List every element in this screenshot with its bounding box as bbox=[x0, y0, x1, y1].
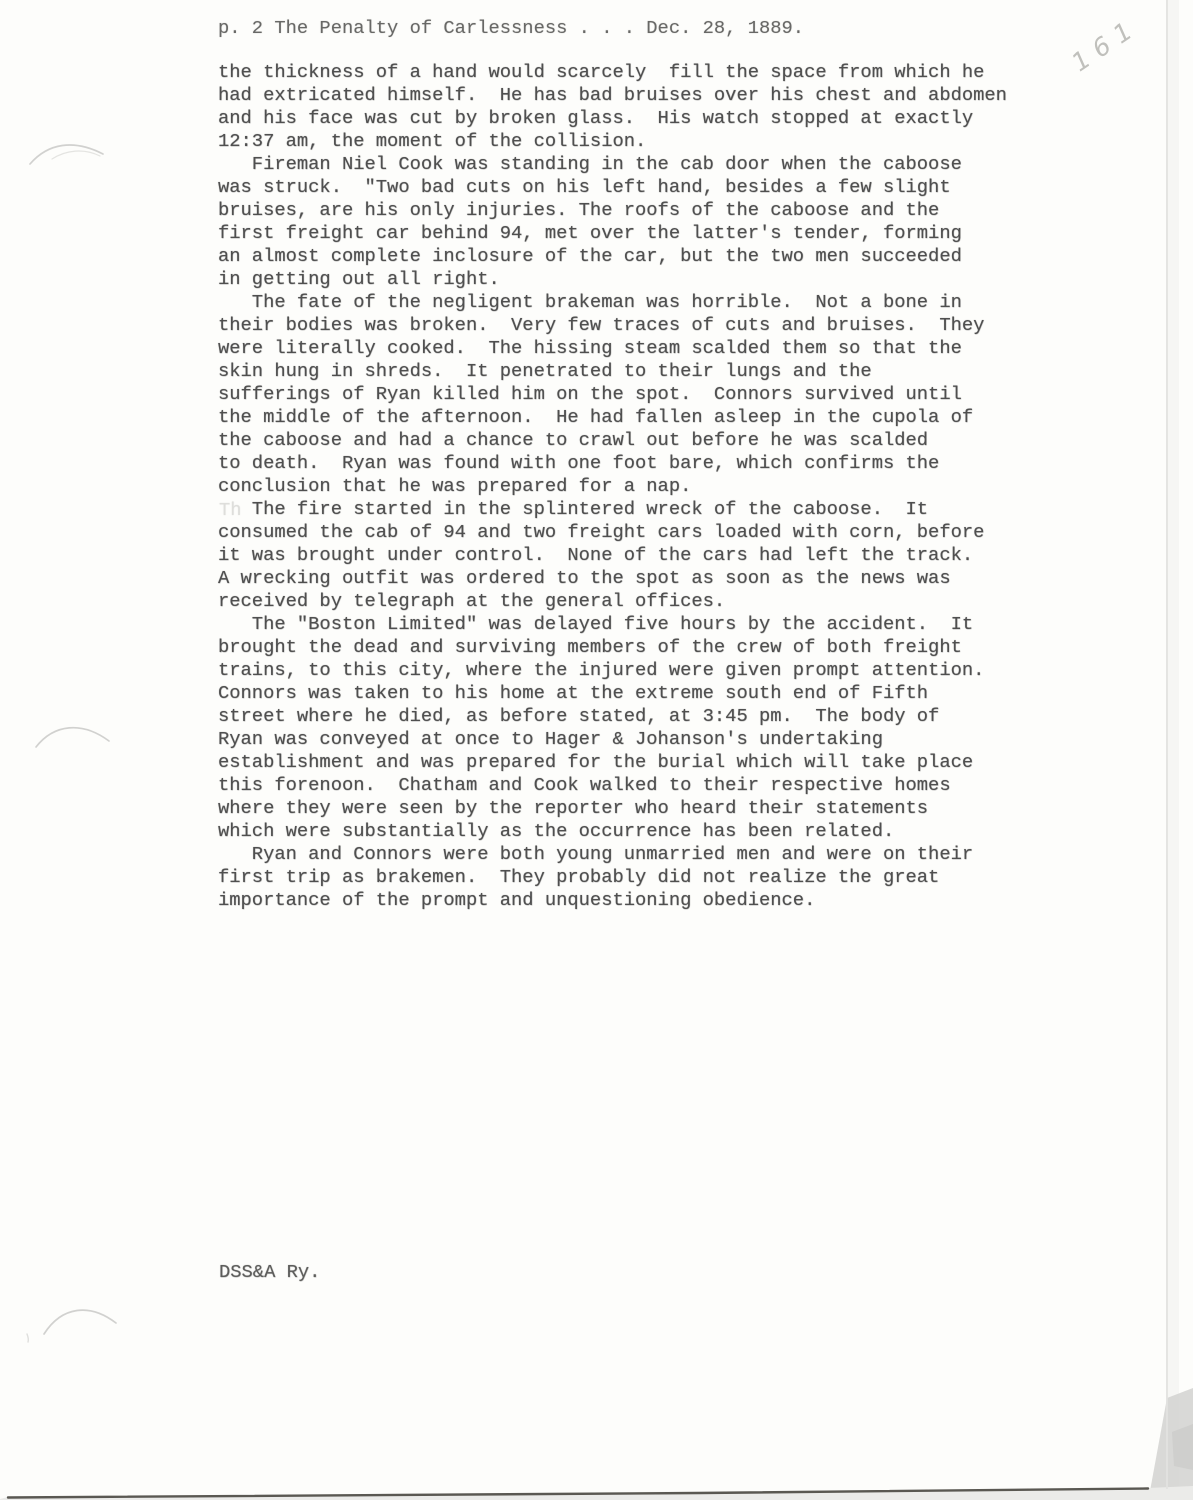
page-bottom-edge bbox=[8, 1489, 1148, 1498]
scan-artifact-arc-echo bbox=[52, 151, 100, 159]
scanned-page: p. 2 The Penalty of Carlessness . . . De… bbox=[0, 0, 1193, 1500]
page-footer: DSS&A Ry. bbox=[219, 1261, 320, 1284]
page-fold-strip bbox=[1168, 0, 1179, 1488]
scan-artifact-arc bbox=[36, 728, 109, 747]
scan-artifact-arc bbox=[30, 145, 103, 164]
scan-background-mottle bbox=[1172, 1424, 1193, 1470]
page-header: p. 2 The Penalty of Carlessness . . . De… bbox=[218, 17, 804, 40]
paragraph: The fire started in the splintered wreck… bbox=[218, 498, 1007, 613]
scan-artifact-tick bbox=[27, 1334, 28, 1342]
handwritten-note: 161 bbox=[1068, 10, 1142, 79]
scan-background-corner bbox=[1150, 1388, 1193, 1500]
paragraph: The "Boston Limited" was delayed five ho… bbox=[218, 613, 1007, 843]
scan-artifact-arc bbox=[44, 1310, 116, 1334]
typed-body: the thickness of a hand would scarcely f… bbox=[218, 61, 1007, 912]
paragraph: Fireman Niel Cook was standing in the ca… bbox=[218, 153, 1007, 291]
paragraph: The fate of the negligent brakeman was h… bbox=[218, 291, 1007, 498]
paragraph: Ryan and Connors were both young unmarri… bbox=[218, 843, 1007, 912]
ghost-overstrike-text: Th bbox=[219, 499, 242, 522]
page-bottom-strip bbox=[0, 1486, 1193, 1500]
paragraph: the thickness of a hand would scarcely f… bbox=[218, 61, 1007, 153]
